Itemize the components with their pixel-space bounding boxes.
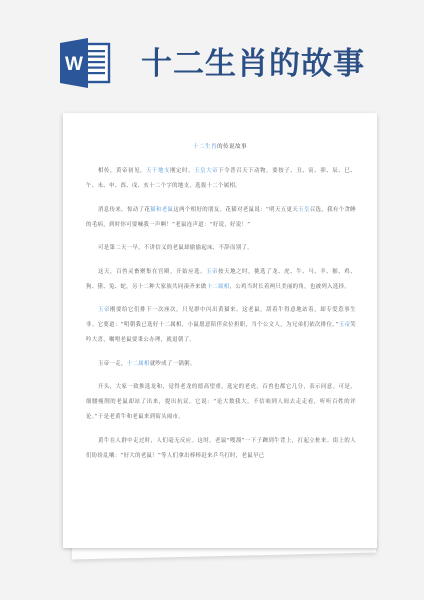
page-title: 十二生肖的传说故事 — [63, 142, 377, 150]
paragraph: 相传，黄帝初见，天干地支刚定时，玉皇大帝下令普召天下动物，要按子、丑、寅、卯、辰… — [86, 164, 356, 194]
paragraph-text: 刚定时， — [170, 168, 194, 174]
paragraph: 玉帝一走，十二属相就吵成了一锅粥。 — [86, 357, 356, 372]
page-body: 相传，黄帝初见，天干地支刚定时，玉皇大帝下令普召天下动物，要按子、丑、寅、卯、辰… — [86, 164, 356, 472]
highlighted-term: 猫和老鼠 — [150, 207, 173, 213]
highlighted-term: 玉帝 — [206, 269, 218, 275]
paragraph-text: 这两个相好的朋友。花猫对老鼠说：“明天五更天 — [173, 207, 298, 213]
paragraph-text: 相传，黄帝初见， — [98, 168, 146, 174]
paragraph: 这天，百兽灵畜聚集在宫殿，开始应选。玉帝按天地之时，挑选了龙、虎、牛、马、羊、猴… — [86, 265, 356, 295]
paragraph-text: 这天，百兽灵畜聚集在宫殿，开始应选。 — [98, 269, 206, 275]
highlighted-term: 玉帝 — [339, 322, 351, 328]
paragraph-text: 就吵成了一锅粥。 — [150, 361, 196, 367]
highlighted-term: 玉皇 — [298, 207, 310, 213]
paragraph: 玉帝刚要给它们排下一次座次，只见群中闪出黄猫来。这老鼠，刮着牛得意地站着，却专爱… — [86, 303, 356, 348]
paragraph-text: 可是第二天一早，不讲信义的老鼠却偷偷起床，不辞而别了。 — [98, 245, 253, 251]
paragraph-text: 黄牛在人群中走过时，人们毫无反应。这时，老鼠“嗖溜”一下子蹿到牛背上，打起立桩来… — [86, 438, 356, 459]
document-page: 十二生肖的传说故事 相传，黄帝初见，天干地支刚定时，玉皇大帝下令普召天下动物，要… — [63, 113, 377, 548]
page-title-rest: 的传说故事 — [217, 144, 247, 150]
paragraph: 开头，大家一致推选龙和，觉得老龙的德高望重，选定的老虎。百兽也都它几分，表示同意… — [86, 380, 356, 425]
page-title-highlight: 十二生肖 — [193, 144, 217, 150]
paragraph-text: 开头，大家一致推选龙和，觉得老龙的德高望重，选定的老虎。百兽也都它几分，表示同意… — [86, 384, 356, 420]
paragraph-text: ，公鸡当时长着两只美丽的角，也被列入选择。 — [230, 284, 351, 290]
header: W 十二生肖的故事 — [0, 0, 424, 110]
paragraph-text: 玉帝一走， — [98, 361, 127, 367]
paragraph: 消息传来，惊动了花猫和老鼠这两个相好的朋友。花猫对老鼠说：“明天五更天玉皇召选，… — [86, 203, 356, 233]
highlighted-term: 玉帝 — [98, 307, 110, 313]
paragraph: 黄牛在人群中走过时，人们毫无反应。这时，老鼠“嗖溜”一下子蹿到牛背上，打起立桩来… — [86, 434, 356, 464]
microsoft-word-icon: W — [58, 37, 113, 89]
paragraph-text: 消息传来，惊动了花 — [98, 207, 150, 213]
highlighted-term: 天干地支 — [146, 168, 170, 174]
paragraph: 可是第二天一早，不讲信义的老鼠却偷偷起床，不辞而别了。 — [86, 241, 356, 256]
highlighted-term: 十二属相 — [207, 284, 230, 290]
paragraph-text: 刚要给它们排下一次座次，只见群中闪出黄猫来。这老鼠，刮着牛得意地站着，却专爱惹事… — [86, 307, 356, 328]
svg-text:W: W — [65, 54, 83, 75]
highlighted-term: 玉皇大帝 — [194, 168, 218, 174]
highlighted-term: 十二属相 — [127, 361, 150, 367]
document-heading: 十二生肖的故事 — [141, 44, 365, 84]
